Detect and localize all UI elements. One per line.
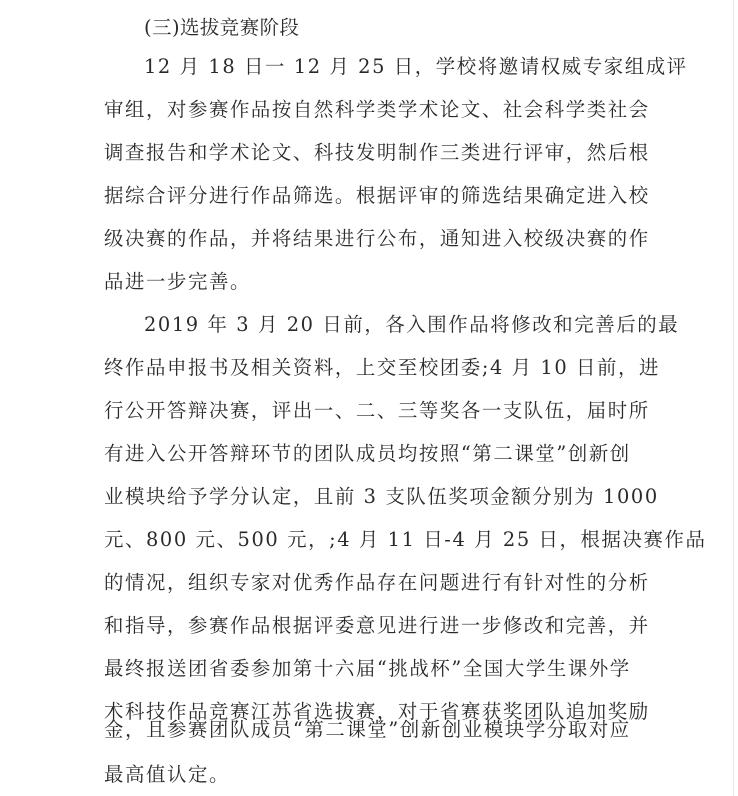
paragraph-2-line-8: 和指导，参赛作品根据评委意见进行进一步修改和完善，并 <box>104 611 624 641</box>
paragraph-1-line-2: 审组，对参赛作品按自然科学类学术论文、社会科学类社会 <box>104 95 624 125</box>
paragraph-2-line-2: 终作品申报书及相关资料，上交至校团委;4 月 10 日前，进 <box>104 353 624 383</box>
section-heading: (三)选拔竞赛阶段 <box>144 13 624 43</box>
paragraph-2-line-3: 行公开答辩决赛，评出一、二、三等奖各一支队伍，届时所 <box>104 396 624 426</box>
paragraph-2-line-4: 有进入公开答辩环节的团队成员均按照“第二课堂”创新创 <box>104 439 624 469</box>
paragraph-2-line-1: 2019 年 3 月 20 日前，各入围作品将修改和完善后的最 <box>144 310 624 340</box>
document-page: (三)选拔竞赛阶段 12 月 18 日一 12 月 25 日，学校将邀请权威专家… <box>0 0 738 796</box>
page-edge-divider <box>733 0 734 796</box>
paragraph-2-line-6: 元、800 元、500 元，;4 月 11 日-4 月 25 日，根据决赛作品 <box>104 525 624 555</box>
paragraph-1-line-3: 调查报告和学术论文、科技发明制作三类进行评审，然后根 <box>104 138 624 168</box>
paragraph-1-line-1: 12 月 18 日一 12 月 25 日，学校将邀请权威专家组成评 <box>144 52 624 82</box>
paragraph-2-line-11: 金，且参赛团队成员“第二课堂”创新创业模块学分取对应 <box>104 715 624 745</box>
paragraph-2-line-9: 最终报送团省委参加第十六届“挑战杯”全国大学生课外学 <box>104 654 624 684</box>
paragraph-2-line-7: 的情况，组织专家对优秀作品存在问题进行有针对性的分析 <box>104 568 624 598</box>
paragraph-1-line-5: 级决赛的作品，并将结果进行公布，通知进入校级决赛的作 <box>104 224 624 254</box>
paragraph-1-line-6: 品进一步完善。 <box>104 267 624 297</box>
paragraph-2-line-12: 最高值认定。 <box>104 760 624 790</box>
paragraph-1-line-4: 据综合评分进行作品筛选。根据评审的筛选结果确定进入校 <box>104 181 624 211</box>
paragraph-2-line-5: 业模块给予学分认定，且前 3 支队伍奖项金额分别为 1000 <box>104 482 624 512</box>
